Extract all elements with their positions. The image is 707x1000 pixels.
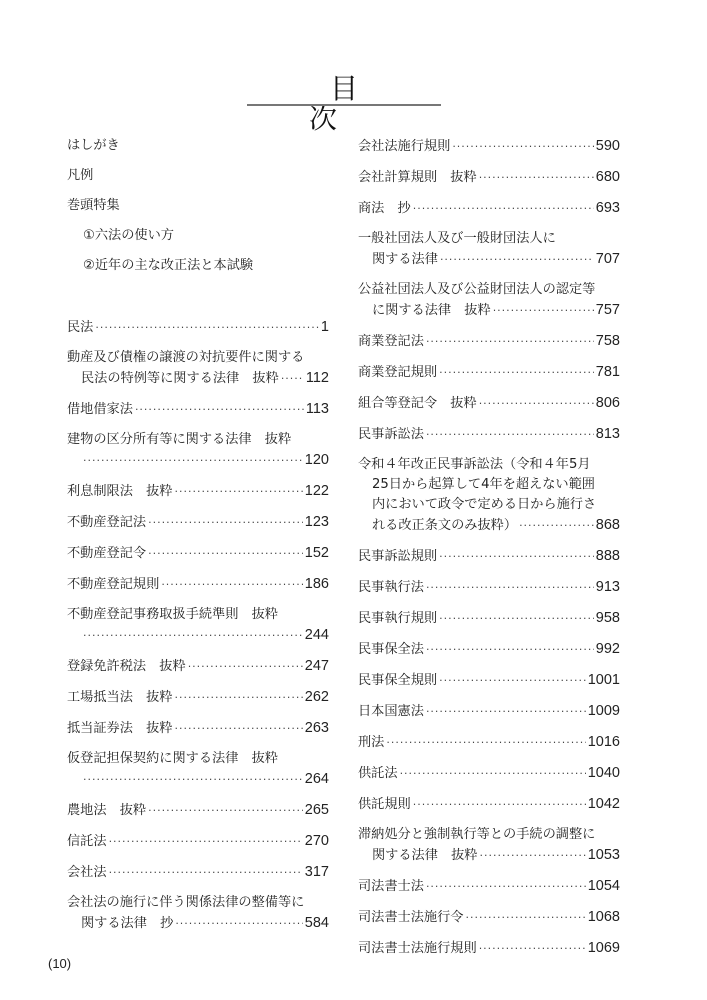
toc-entry-line: 不動産登記規則186 — [67, 574, 329, 595]
toc-entry-title: 不動産登記事務取扱手続準則 抜粋 — [67, 605, 278, 625]
toc-entry-title: 動産及び債権の譲渡の対抗要件に関する — [67, 348, 304, 368]
toc-entry[interactable]: 刑法1016 — [358, 732, 620, 753]
dot-leader — [480, 846, 586, 866]
toc-page-number: 1053 — [588, 845, 620, 865]
toc-entry-line: 巻頭特集 — [67, 196, 329, 216]
dot-leader — [426, 332, 594, 352]
toc-entry-title: はしがき — [67, 136, 120, 156]
title-underline — [247, 104, 441, 106]
toc-page-number: 1069 — [588, 938, 620, 958]
dot-leader — [83, 451, 303, 471]
toc-entry[interactable]: 登録免許税法 抜粋247 — [67, 656, 329, 677]
toc-entry[interactable]: 民事訴訟法813 — [358, 424, 620, 445]
toc-entry-title: 民事訴訟規則 — [358, 547, 437, 567]
toc-entry[interactable]: 借地借家法113 — [67, 399, 329, 420]
toc-entry-line: 120 — [67, 450, 329, 471]
toc-page-number: 913 — [596, 577, 620, 597]
toc-entry-title: 工場抵当法 抜粋 — [67, 688, 173, 708]
toc-entry[interactable]: 司法書士法施行令1068 — [358, 907, 620, 928]
toc-page-number: 1016 — [588, 732, 620, 752]
toc-entry-title: 民事執行法 — [358, 578, 424, 598]
toc-entry[interactable]: 不動産登記法123 — [67, 512, 329, 533]
dot-leader — [479, 394, 594, 414]
dot-leader — [175, 688, 303, 708]
toc-entry[interactable]: 商業登記法758 — [358, 331, 620, 352]
toc-entry-line: 関する法律 抜粋1053 — [358, 845, 620, 866]
toc-entry[interactable]: 会社法317 — [67, 862, 329, 883]
toc-entry[interactable]: 民事執行法913 — [358, 577, 620, 598]
toc-entry-title: 商法 抄 — [358, 199, 411, 219]
dot-leader — [479, 939, 586, 959]
toc-entry-title: 巻頭特集 — [67, 196, 120, 216]
toc-entry-line: 内において政令で定める日から施行さ — [358, 495, 620, 515]
toc-page-number: 1 — [321, 317, 329, 337]
toc-entry-line: 商業登記規則781 — [358, 362, 620, 383]
toc-entry-title: 一般社団法人及び一般財団法人に — [358, 229, 556, 249]
toc-entry[interactable]: 不動産登記令152 — [67, 543, 329, 564]
dot-leader — [439, 671, 586, 691]
dot-leader — [135, 400, 304, 420]
dot-leader — [440, 250, 594, 270]
toc-entry-title: 供託規則 — [358, 795, 411, 815]
dot-leader — [175, 719, 303, 739]
dot-leader — [148, 544, 303, 564]
dot-leader — [148, 513, 303, 533]
toc-entry-title: 民事訴訟法 — [358, 425, 424, 445]
toc-page-number: 813 — [596, 424, 620, 444]
toc-entry-line: 民事保全規則1001 — [358, 670, 620, 691]
toc-entry-line: 司法書士法施行規則1069 — [358, 938, 620, 959]
toc-entry-title: 民法 — [67, 318, 93, 338]
dot-leader — [426, 640, 594, 660]
toc-entry[interactable]: 不動産登記事務取扱手続準則 抜粋244 — [67, 605, 329, 646]
toc-entry[interactable]: 公益社団法人及び公益財団法人の認定等に関する法律 抜粋757 — [358, 280, 620, 321]
dot-leader — [426, 425, 594, 445]
toc-entry-line: はしがき — [67, 136, 329, 156]
toc-entry-title: 借地借家法 — [67, 400, 133, 420]
dot-leader — [109, 832, 303, 852]
toc-entry-line: 凡例 — [67, 166, 329, 186]
toc-entry-title: ②近年の主な改正法と本試験 — [83, 256, 253, 276]
toc-entry-title: 25日から起算して4年を超えない範囲 — [372, 475, 595, 495]
toc-entry-line: 令和４年改正民事訴訟法（令和４年5月 — [358, 455, 620, 475]
toc-entry-title: 不動産登記規則 — [67, 575, 159, 595]
toc-entry-line: 244 — [67, 625, 329, 646]
dot-leader — [452, 137, 593, 157]
toc-entry-title: 組合等登記令 抜粋 — [358, 394, 477, 414]
toc-entry-title: 司法書士法 — [358, 877, 424, 897]
toc-entry-line: 抵当証券法 抜粋263 — [67, 718, 329, 739]
toc-entry-line: 民事訴訟規則888 — [358, 546, 620, 567]
toc-entry-title: 関する法律 抜粋 — [372, 846, 478, 866]
toc-page-number: 693 — [596, 198, 620, 218]
toc-entry-line: 利息制限法 抜粋122 — [67, 481, 329, 502]
toc-page-number: 707 — [596, 249, 620, 269]
toc-entry-line: 会社計算規則 抜粋680 — [358, 167, 620, 188]
toc-entry-title: 仮登記担保契約に関する法律 抜粋 — [67, 749, 278, 769]
dot-leader — [175, 914, 302, 934]
toc-entry[interactable]: 会社計算規則 抜粋680 — [358, 167, 620, 188]
toc-page-number: 1042 — [588, 794, 620, 814]
toc-entry-title: 内において政令で定める日から施行さ — [372, 495, 596, 515]
toc-page-number: 113 — [306, 399, 329, 419]
toc-entry-title: 滞納処分と強制執行等との手続の調整に — [358, 825, 595, 845]
toc-entry[interactable]: 農地法 抜粋265 — [67, 800, 329, 821]
toc-entry-line: 供託法1040 — [358, 763, 620, 784]
toc-page-number: 888 — [596, 546, 620, 566]
toc-page-number: 992 — [596, 639, 620, 659]
toc-entry-title: 抵当証券法 抜粋 — [67, 719, 173, 739]
toc-entry-line: 264 — [67, 769, 329, 790]
toc-entry[interactable]: 会社法施行規則590 — [358, 136, 620, 157]
dot-leader — [386, 733, 585, 753]
toc-entry-line: 建物の区分所有等に関する法律 抜粋 — [67, 430, 329, 450]
toc-entry-line: 供託規則1042 — [358, 794, 620, 815]
toc-entry[interactable]: 動産及び債権の譲渡の対抗要件に関する民法の特例等に関する法律 抜粋112 — [67, 348, 329, 389]
dot-leader — [426, 578, 594, 598]
toc-entry[interactable]: 利息制限法 抜粋122 — [67, 481, 329, 502]
toc-entry[interactable]: 司法書士法1054 — [358, 876, 620, 897]
toc-page-number: 781 — [596, 362, 620, 382]
dot-leader — [439, 547, 594, 567]
toc-right-column: 会社法施行規則590会社計算規則 抜粋680商法 抄693一般社団法人及び一般財… — [358, 136, 620, 969]
toc-page-number: 122 — [305, 481, 329, 501]
toc-entry-line: 不動産登記法123 — [67, 512, 329, 533]
toc-entry-title: れる改正条文のみ抜粋） — [372, 516, 517, 536]
toc-entry-title: 登録免許税法 抜粋 — [67, 657, 186, 677]
toc-entry[interactable]: 会社法の施行に伴う関係法律の整備等に関する法律 抄584 — [67, 893, 329, 934]
toc-page-number: 265 — [305, 800, 329, 820]
toc-entry[interactable]: 司法書士法施行規則1069 — [358, 938, 620, 959]
toc-entry-title: 利息制限法 抜粋 — [67, 482, 173, 502]
dot-leader — [519, 516, 594, 536]
dot-leader — [83, 626, 303, 646]
toc-entry-title: 関する法律 — [372, 250, 438, 270]
dot-leader — [426, 702, 586, 722]
toc-entry-title: 司法書士法施行規則 — [358, 939, 477, 959]
dot-leader — [109, 863, 303, 883]
toc-entry-title: 民事執行規則 — [358, 609, 437, 629]
dot-leader — [400, 764, 586, 784]
toc-entry-line: ①六法の使い方 — [67, 226, 329, 246]
toc-entry-line: ②近年の主な改正法と本試験 — [67, 256, 329, 276]
dot-leader — [413, 795, 586, 815]
toc-page-number: 757 — [596, 300, 620, 320]
toc-entry[interactable]: 民事執行規則958 — [358, 608, 620, 629]
toc-entry-title: 信託法 — [67, 832, 107, 852]
toc-entry-line: れる改正条文のみ抜粋）868 — [358, 515, 620, 536]
toc-entry[interactable]: 令和４年改正民事訴訟法（令和４年5月25日から起算して4年を超えない範囲内におい… — [358, 455, 620, 536]
dot-leader — [83, 770, 303, 790]
toc-entry[interactable]: 滞納処分と強制執行等との手続の調整に関する法律 抜粋1053 — [358, 825, 620, 866]
toc-entry[interactable]: 抵当証券法 抜粋263 — [67, 718, 329, 739]
dot-leader — [466, 908, 586, 928]
toc-page-number: 584 — [305, 913, 329, 933]
toc-entry-title: 会社計算規則 抜粋 — [358, 168, 477, 188]
toc-page-number: 590 — [596, 136, 620, 156]
toc-entry-title: 司法書士法施行令 — [358, 908, 464, 928]
toc-entry-line: 民事訴訟法813 — [358, 424, 620, 445]
toc-entry-line: 商法 抄693 — [358, 198, 620, 219]
toc-entry-title: 令和４年改正民事訴訟法（令和４年5月 — [358, 455, 591, 475]
toc-entry-line: 会社法の施行に伴う関係法律の整備等に — [67, 893, 329, 913]
toc-page-number: 868 — [596, 515, 620, 535]
dot-leader — [479, 168, 594, 188]
toc-page-number: 680 — [596, 167, 620, 187]
toc-front-matter-item[interactable]: ②近年の主な改正法と本試験 — [67, 256, 329, 276]
toc-entry-line: 滞納処分と強制執行等との手続の調整に — [358, 825, 620, 845]
toc-entry-title: 商業登記法 — [358, 332, 424, 352]
toc-entry[interactable]: 組合等登記令 抜粋806 — [358, 393, 620, 414]
toc-entry-line: 不動産登記事務取扱手続準則 抜粋 — [67, 605, 329, 625]
toc-entry[interactable]: 商法 抄693 — [358, 198, 620, 219]
toc-page-number: 247 — [305, 656, 329, 676]
toc-page-number: 262 — [305, 687, 329, 707]
toc-page-number: 123 — [305, 512, 329, 532]
toc-entry[interactable]: 商業登記規則781 — [358, 362, 620, 383]
toc-entry-title: 民法の特例等に関する法律 抜粋 — [81, 369, 279, 389]
toc-entry-title: 会社法の施行に伴う関係法律の整備等に — [67, 893, 304, 913]
toc-entry[interactable]: 民事訴訟規則888 — [358, 546, 620, 567]
toc-entry-line: 不動産登記令152 — [67, 543, 329, 564]
toc-page-number: 264 — [305, 769, 329, 789]
dot-leader — [413, 199, 594, 219]
toc-entry-title: 不動産登記法 — [67, 513, 146, 533]
dot-leader — [161, 575, 302, 595]
toc-page-number: 958 — [596, 608, 620, 628]
toc-entry-title: 不動産登記令 — [67, 544, 146, 564]
toc-entry-title: 会社法 — [67, 863, 107, 883]
toc-entry-line: 刑法1016 — [358, 732, 620, 753]
toc-page-number: 263 — [305, 718, 329, 738]
toc-entry-line: 一般社団法人及び一般財団法人に — [358, 229, 620, 249]
toc-entry-title: 農地法 抜粋 — [67, 801, 146, 821]
toc-entry-line: 民法1 — [67, 317, 329, 338]
dot-leader — [95, 318, 319, 338]
toc-page-number: 1054 — [588, 876, 620, 896]
dot-leader — [439, 609, 594, 629]
dot-leader — [281, 369, 304, 389]
section-spacer — [67, 286, 329, 317]
toc-entry-line: 公益社団法人及び公益財団法人の認定等 — [358, 280, 620, 300]
toc-entry-title: 商業登記規則 — [358, 363, 437, 383]
dot-leader — [439, 363, 594, 383]
dot-leader — [493, 301, 594, 321]
page-number: (10) — [48, 956, 71, 971]
toc-entry-title: 刑法 — [358, 733, 384, 753]
toc-entry[interactable]: 仮登記担保契約に関する法律 抜粋264 — [67, 749, 329, 790]
toc-entry[interactable]: 供託法1040 — [358, 763, 620, 784]
dot-leader — [148, 801, 303, 821]
toc-entry-line: 組合等登記令 抜粋806 — [358, 393, 620, 414]
toc-entry[interactable]: 民法1 — [67, 317, 329, 338]
toc-page-number: 1068 — [588, 907, 620, 927]
toc-entry-title: ①六法の使い方 — [83, 226, 174, 246]
toc-entry[interactable]: 日本国憲法1009 — [358, 701, 620, 722]
toc-page-number: 186 — [305, 574, 329, 594]
toc-entry-title: 民事保全法 — [358, 640, 424, 660]
toc-entry[interactable]: 不動産登記規則186 — [67, 574, 329, 595]
toc-entry-title: 会社法施行規則 — [358, 137, 450, 157]
dot-leader — [426, 877, 586, 897]
toc-entry-title: 凡例 — [67, 166, 93, 186]
toc-entry-line: 25日から起算して4年を超えない範囲 — [358, 475, 620, 495]
toc-entry-title: 民事保全規則 — [358, 671, 437, 691]
toc-page-number: 1009 — [588, 701, 620, 721]
toc-entry-line: 司法書士法施行令1068 — [358, 907, 620, 928]
toc-entry-line: 民事執行法913 — [358, 577, 620, 598]
toc-entry[interactable]: 一般社団法人及び一般財団法人に関する法律707 — [358, 229, 620, 270]
toc-left-column: はしがき凡例巻頭特集①六法の使い方②近年の主な改正法と本試験民法1動産及び債権の… — [67, 136, 329, 944]
toc-entry-title: 公益社団法人及び公益財団法人の認定等 — [358, 280, 595, 300]
toc-page-number: 120 — [305, 450, 329, 470]
toc-front-matter-item[interactable]: 巻頭特集 — [67, 196, 329, 216]
toc-front-matter-item[interactable]: ①六法の使い方 — [67, 226, 329, 246]
toc-entry[interactable]: 民事保全法992 — [358, 639, 620, 660]
toc-entry-line: 日本国憲法1009 — [358, 701, 620, 722]
toc-entry-line: 商業登記法758 — [358, 331, 620, 352]
toc-page-number: 758 — [596, 331, 620, 351]
toc-entry-line: 仮登記担保契約に関する法律 抜粋 — [67, 749, 329, 769]
toc-entry-line: 民法の特例等に関する法律 抜粋112 — [67, 368, 329, 389]
toc-entry-line: 会社法施行規則590 — [358, 136, 620, 157]
dot-leader — [175, 482, 303, 502]
toc-page-number: 244 — [305, 625, 329, 645]
toc-front-matter-item[interactable]: はしがき — [67, 136, 329, 156]
toc-title-block: 目 次 — [247, 70, 441, 106]
toc-entry-line: 信託法270 — [67, 831, 329, 852]
toc-front-matter-item[interactable]: 凡例 — [67, 166, 329, 186]
toc-entry-line: 借地借家法113 — [67, 399, 329, 420]
toc-page-number: 1040 — [588, 763, 620, 783]
toc-entry[interactable]: 供託規則1042 — [358, 794, 620, 815]
toc-page-number: 270 — [305, 831, 329, 851]
toc-entry-title: に関する法律 抜粋 — [372, 301, 491, 321]
toc-entry-line: 関する法律 抄584 — [67, 913, 329, 934]
toc-page-number: 112 — [306, 368, 329, 388]
toc-entry-line: 工場抵当法 抜粋262 — [67, 687, 329, 708]
toc-entry[interactable]: 信託法270 — [67, 831, 329, 852]
toc-entry-title: 建物の区分所有等に関する法律 抜粋 — [67, 430, 291, 450]
toc-entry-title: 供託法 — [358, 764, 398, 784]
toc-entry-line: 司法書士法1054 — [358, 876, 620, 897]
toc-entry-line: 関する法律707 — [358, 249, 620, 270]
toc-page-number: 152 — [305, 543, 329, 563]
toc-entry-line: 動産及び債権の譲渡の対抗要件に関する — [67, 348, 329, 368]
toc-entry-line: に関する法律 抜粋757 — [358, 300, 620, 321]
toc-entry[interactable]: 工場抵当法 抜粋262 — [67, 687, 329, 708]
toc-entry-line: 登録免許税法 抜粋247 — [67, 656, 329, 677]
dot-leader — [188, 657, 303, 677]
toc-entry[interactable]: 民事保全規則1001 — [358, 670, 620, 691]
toc-entry-line: 民事執行規則958 — [358, 608, 620, 629]
toc-entry-title: 日本国憲法 — [358, 702, 424, 722]
toc-entry[interactable]: 建物の区分所有等に関する法律 抜粋120 — [67, 430, 329, 471]
toc-entry-title: 関する法律 抄 — [81, 914, 173, 934]
toc-page-number: 317 — [305, 862, 329, 882]
toc-entry-line: 民事保全法992 — [358, 639, 620, 660]
toc-entry-line: 農地法 抜粋265 — [67, 800, 329, 821]
toc-page-number: 1001 — [588, 670, 620, 690]
toc-entry-line: 会社法317 — [67, 862, 329, 883]
toc-page-number: 806 — [596, 393, 620, 413]
